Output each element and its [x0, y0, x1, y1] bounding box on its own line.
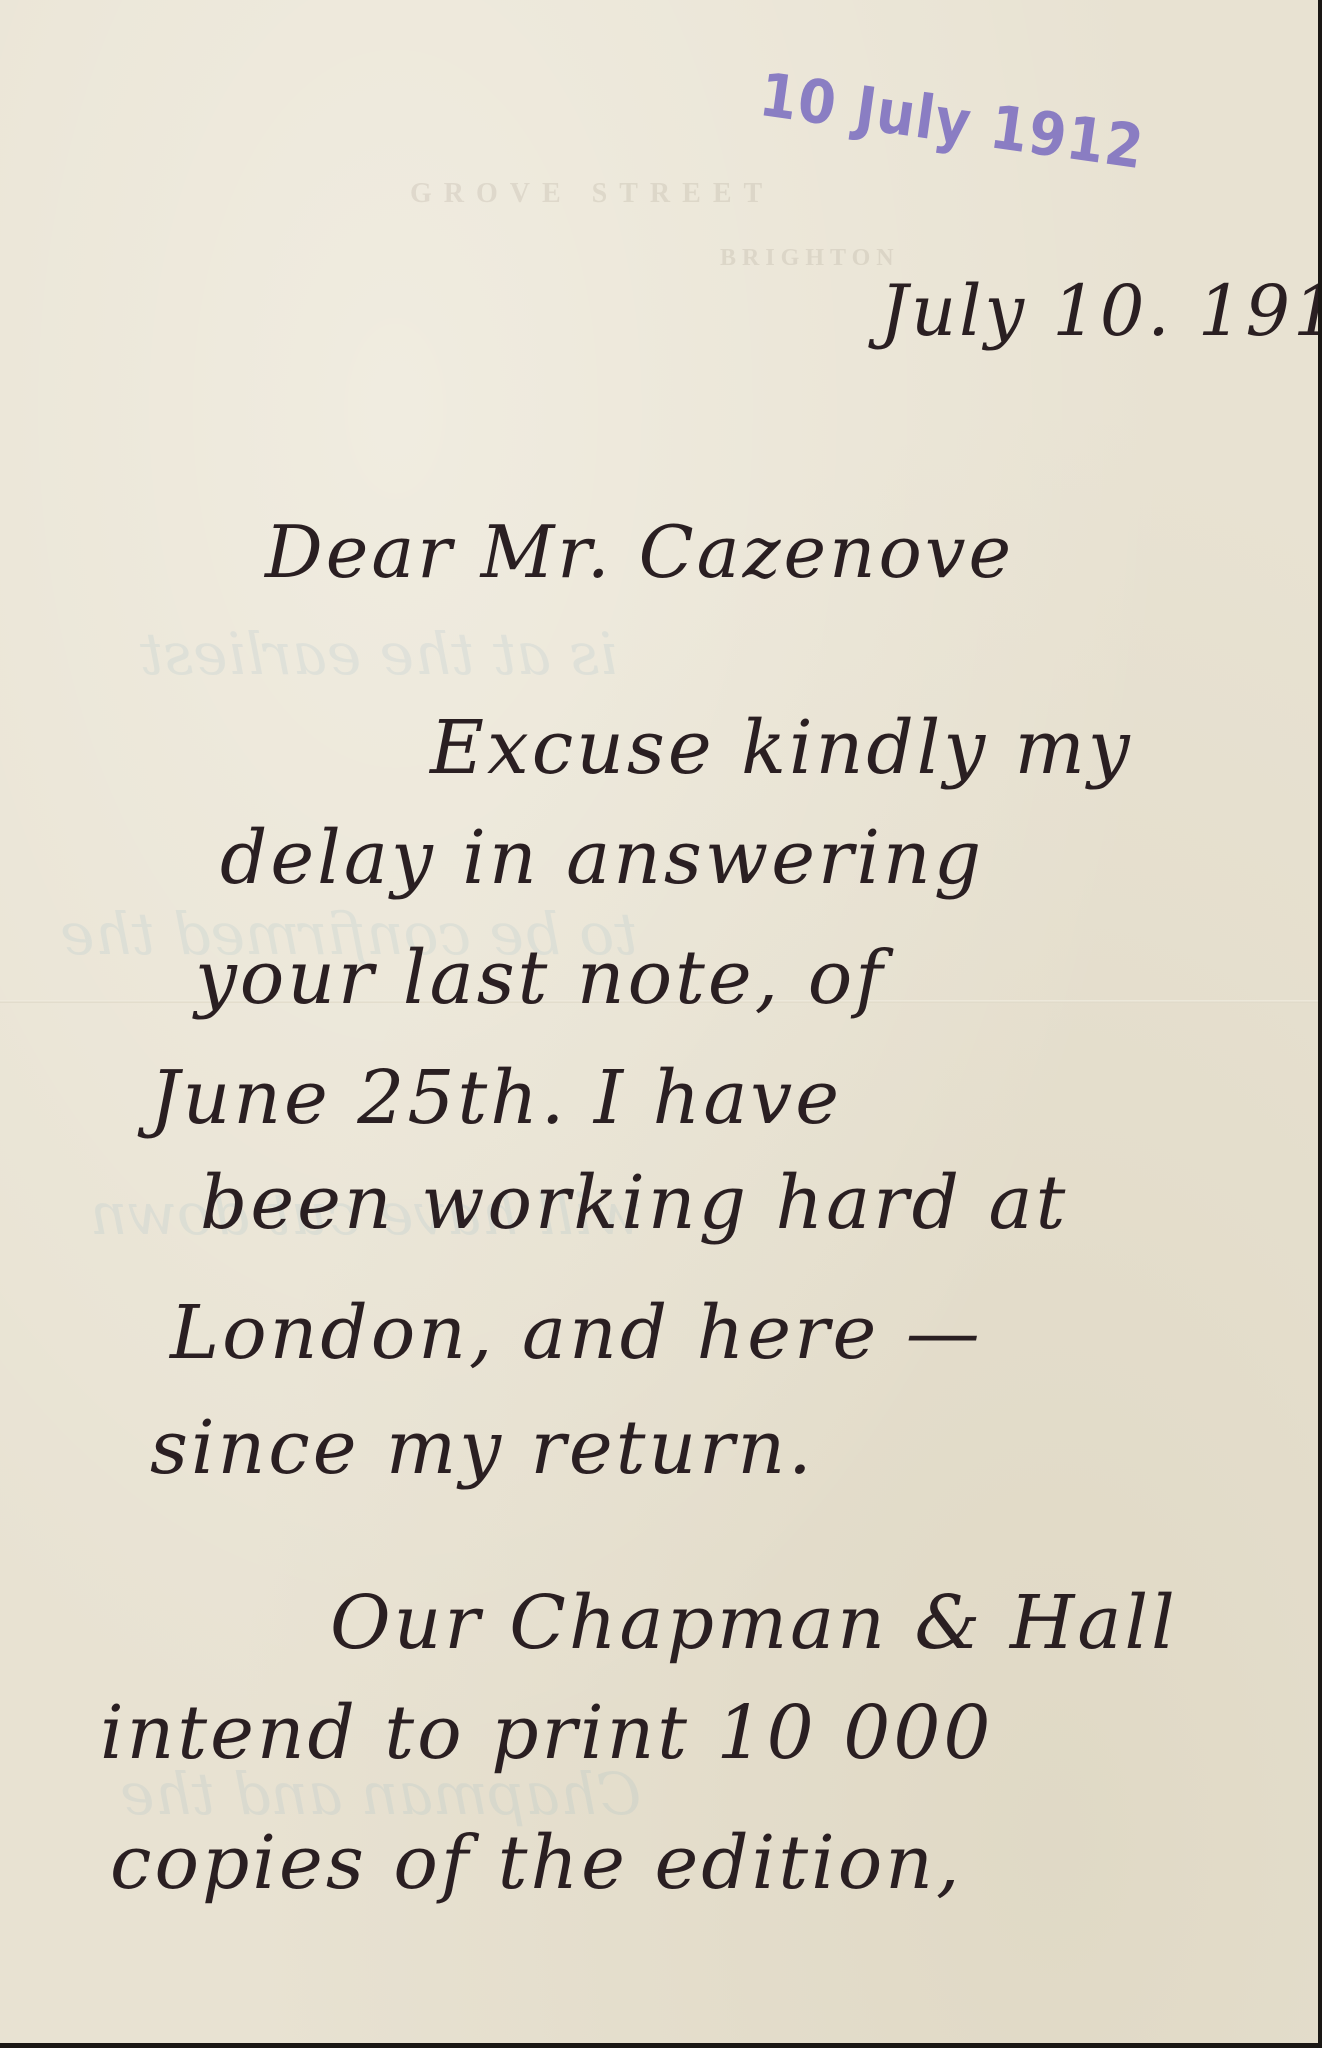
- body-line: your last note, of: [195, 935, 886, 1021]
- salutation: Dear Mr. Cazenove: [265, 510, 1014, 594]
- letter-date: July 10. 1912: [880, 270, 1318, 352]
- body-line: since my return.: [150, 1405, 815, 1491]
- body-line: delay in answering: [220, 815, 984, 901]
- body-line: been working hard at: [200, 1160, 1068, 1246]
- body-line: Excuse kindly my: [430, 705, 1133, 791]
- body-line: Our Chapman & Hall: [330, 1580, 1178, 1666]
- body-line: June 25th. I have: [150, 1055, 842, 1141]
- faint-letterhead-line-2: BRIGHTON: [720, 245, 900, 272]
- received-date-stamp: 10 July 1912: [755, 60, 1148, 183]
- body-line: copies of the edition,: [110, 1820, 962, 1906]
- bleed-through-text: is at the earliest: [140, 620, 618, 688]
- body-line: intend to print 10 000: [100, 1690, 993, 1776]
- faint-letterhead-line-1: GROVE STREET: [410, 178, 774, 210]
- body-line: London, and here —: [170, 1290, 983, 1376]
- letter-page: GROVE STREET BRIGHTON is at the earliest…: [0, 0, 1318, 2043]
